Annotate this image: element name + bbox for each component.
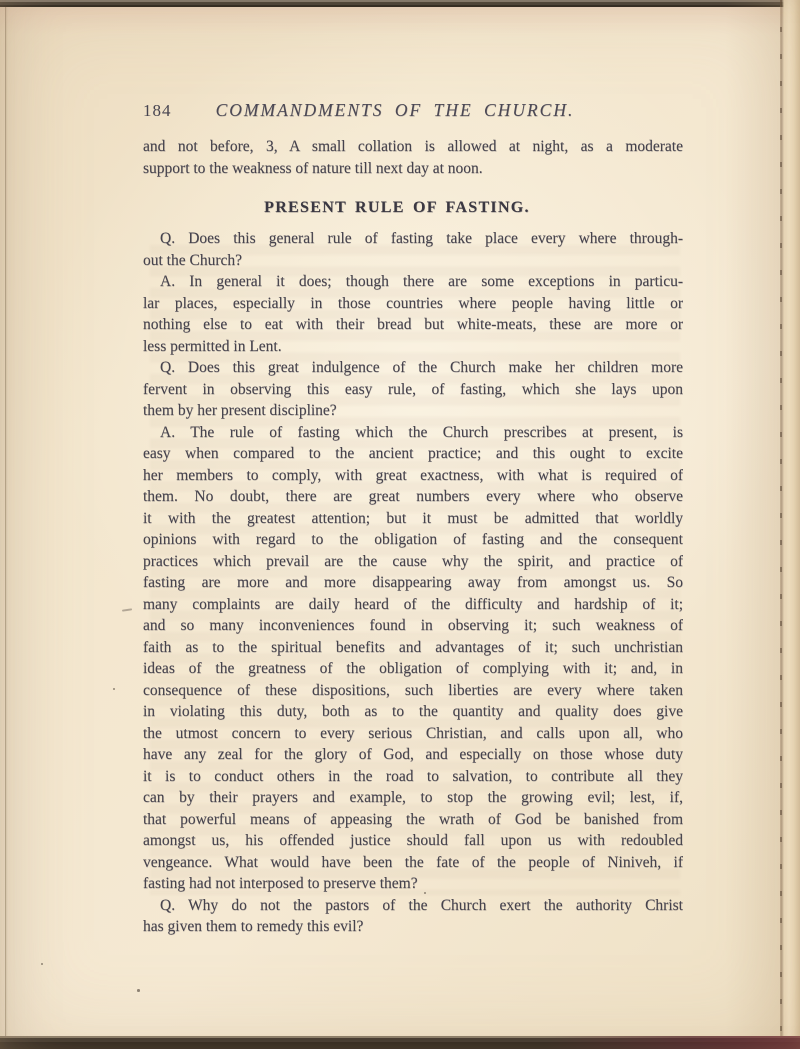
- section-heading: PRESENT RULE OF FASTING.: [127, 197, 667, 219]
- ink-speck: [137, 989, 140, 992]
- text-line: and so many inconveniences found in obse…: [143, 615, 683, 637]
- right-gutter-shadow: [725, 0, 780, 1049]
- text-line: the utmost concern to every serious Chri…: [143, 723, 683, 745]
- text-line: easy when compared to the ancient practi…: [143, 443, 683, 465]
- margin-mark: [122, 608, 132, 611]
- text-line: opinions with regard to the obligation o…: [143, 529, 683, 551]
- text-line: it with the greatest attention; but it m…: [143, 508, 683, 530]
- paragraph: A. The rule of fasting which the Church …: [143, 422, 683, 895]
- text-line: have any zeal for the glory of God, and …: [143, 744, 683, 766]
- paragraph: A. In general it does; though there are …: [143, 271, 683, 357]
- stacked-page-edges: [780, 0, 800, 1049]
- body-text: and not before, 3, A small collation is …: [143, 136, 683, 938]
- book-bottom-edge: [0, 1036, 800, 1049]
- paragraph: Q. Does this great indulgence of the Chu…: [143, 357, 683, 422]
- text-line: support to the weakness of nature till n…: [143, 158, 683, 180]
- text-line: it is to conduct others in the road to s…: [143, 766, 683, 788]
- text-line: fasting are more and more disappearing a…: [143, 572, 683, 594]
- text-line: less permitted in Lent.: [143, 336, 683, 358]
- text-line: A. The rule of fasting which the Church …: [143, 422, 683, 444]
- text-line: fervent in observing this easy rule, of …: [143, 379, 683, 401]
- text-line: Q. Does this general rule of fasting tak…: [143, 228, 683, 250]
- text-line: lar places, especially in those countrie…: [143, 293, 683, 315]
- text-line: faith as to the spiritual benefits and a…: [143, 637, 683, 659]
- text-line: A. In general it does; though there are …: [143, 271, 683, 293]
- text-line: vengeance. What would have been the fate…: [143, 852, 683, 874]
- text-line: her members to comply, with great exactn…: [143, 465, 683, 487]
- ink-speck: [424, 892, 426, 894]
- text-line: amongst us, his offended justice should …: [143, 830, 683, 852]
- text-line: many complaints are daily heard of the d…: [143, 594, 683, 616]
- text-line: practices which prevail are the cause wh…: [143, 551, 683, 573]
- text-line: consequence of these dispositions, such …: [143, 680, 683, 702]
- running-title: COMMANDMENTS OF THE CHURCH.: [125, 100, 665, 121]
- text-line: has given them to remedy this evil?: [143, 916, 683, 938]
- text-line: ideas of the greatness of the obligation…: [143, 658, 683, 680]
- paragraph: and not before, 3, A small collation is …: [143, 136, 683, 179]
- ink-speck: [41, 963, 43, 965]
- book-page-scan: 184 COMMANDMENTS OF THE CHURCH. and not …: [0, 0, 800, 1049]
- text-line: in violating this duty, both as to the q…: [143, 701, 683, 723]
- text-line: nothing else to eat with their bread but…: [143, 314, 683, 336]
- text-line: fasting had not interposed to preserve t…: [143, 873, 683, 895]
- text-line: and not before, 3, A small collation is …: [143, 136, 683, 158]
- scan-top-tint: [0, 7, 800, 35]
- paragraph: Q. Does this general rule of fasting tak…: [143, 228, 683, 271]
- text-line: that powerful means of appeasing the wra…: [143, 809, 683, 831]
- text-line: Q. Why do not the pastors of the Church …: [143, 895, 683, 917]
- text-line: can by their prayers and example, to sto…: [143, 787, 683, 809]
- text-line: them. No doubt, there are great numbers …: [143, 486, 683, 508]
- text-line: Q. Does this great indulgence of the Chu…: [143, 357, 683, 379]
- ink-speck: [113, 688, 115, 690]
- paragraph: Q. Why do not the pastors of the Church …: [143, 895, 683, 938]
- text-line: out the Church?: [143, 250, 683, 272]
- page-left-edge-line: [5, 7, 6, 1036]
- text-line: them by her present discipline?: [143, 400, 683, 422]
- scan-top-edge: [0, 0, 800, 8]
